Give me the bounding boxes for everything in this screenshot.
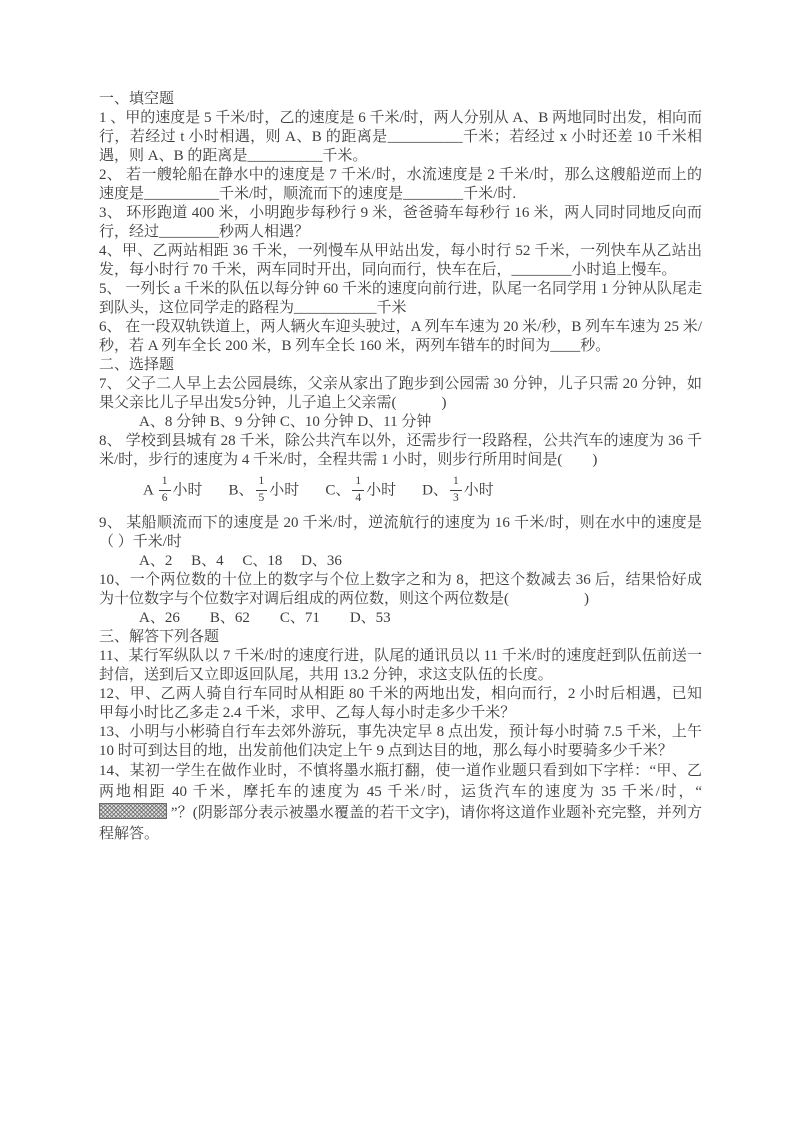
- question-paragraph: 6、 在一段双轨铁道上，两人辆火车迎头驶过，A 列车车速为 20 米/秒，B 列…: [99, 318, 702, 356]
- question-paragraph: 2、 若一艘轮船在静水中的速度是 7 千米/时，水流速度是 2 千米/时，那么这…: [99, 166, 702, 204]
- option: B、15小时: [229, 477, 300, 505]
- option-label: B、: [229, 482, 254, 498]
- options-fraction-line: A 16小时B、15小时C、14小时D、13小时: [99, 477, 702, 505]
- option: D、13小时: [422, 477, 494, 505]
- option: C、14小时: [325, 477, 396, 505]
- fraction: 13: [450, 476, 462, 504]
- options-line: A、8 分钟 B、9 分钟 C、10 分钟 D、11 分钟: [99, 413, 702, 432]
- option-label: C、: [325, 482, 350, 498]
- question-paragraph: 13、小明与小彬骑自行车去郊外游玩，事先决定早 8 点出发，预计每小时骑 7.5…: [99, 723, 702, 761]
- fraction-numerator: 1: [159, 476, 171, 491]
- question-paragraph: 7、 父子二人早上去公园晨练，父亲从家出了跑步到公园需 30 分钟，儿子只需 2…: [99, 375, 702, 413]
- option-suffix: 小时: [269, 482, 299, 498]
- fraction-numerator: 1: [450, 476, 462, 491]
- option-label: D、: [422, 482, 448, 498]
- fraction-denominator: 6: [159, 491, 171, 505]
- fraction-denominator: 3: [450, 491, 462, 505]
- question-paragraph: 5、 一列长 a 千米的队伍以每分钟 60 千米的速度向前行进，队尾一名同学用 …: [99, 280, 702, 318]
- fraction-numerator: 1: [352, 476, 364, 491]
- question-paragraph: 4、甲、乙两站相距 36 千米，一列慢车从甲站出发，每小时行 52 千米，一列快…: [99, 242, 702, 280]
- question-paragraph: 11、某行军纵队以 7 千米/时的速度行进，队尾的通讯员以 11 千米/时的速度…: [99, 647, 702, 685]
- option: A 16小时: [143, 477, 203, 505]
- question-paragraph: 9、 某船顺流而下的速度是 20 千米/时，逆流航行的速度为 16 千米/时，则…: [99, 514, 702, 552]
- inkblot-box: [99, 803, 167, 819]
- section-heading: 三、解答下列各题: [99, 628, 702, 647]
- fraction-denominator: 5: [256, 491, 268, 505]
- document: 一、填空题1 、甲的速度是 5 千米/时，乙的速度是 6 千米/时，两人分别从 …: [99, 90, 702, 845]
- option-suffix: 小时: [173, 482, 203, 498]
- fraction: 14: [352, 476, 364, 504]
- section-heading: 二、选择题: [99, 356, 702, 375]
- fraction: 16: [159, 476, 171, 504]
- section-heading: 一、填空题: [99, 90, 702, 109]
- question-paragraph: 1 、甲的速度是 5 千米/时，乙的速度是 6 千米/时，两人分别从 A、B 两…: [99, 109, 702, 166]
- question-paragraph: 14、某初一学生在做作业时，不慎将墨水瓶打翻，使一道作业题只看到如下字样：“甲、…: [99, 761, 702, 845]
- options-line: A、26 B、62 C、71 D、53: [99, 609, 702, 628]
- options-line: A、2 B、4 C、18 D、36: [99, 552, 702, 571]
- option-label: A: [143, 482, 157, 498]
- option-suffix: 小时: [464, 482, 494, 498]
- option-suffix: 小时: [366, 482, 396, 498]
- fraction-numerator: 1: [256, 476, 268, 491]
- question-paragraph: 8、 学校到县城有 28 千米，除公共汽车以外，还需步行一段路程，公共汽车的速度…: [99, 432, 702, 470]
- question-paragraph: 12、甲、乙两人骑自行车同时从相距 80 千米的两地出发，相向而行，2 小时后相…: [99, 685, 702, 723]
- fraction: 15: [256, 476, 268, 504]
- fraction-denominator: 4: [352, 491, 364, 505]
- question-paragraph: 3、 环形跑道 400 米，小明跑步每秒行 9 米，爸爸骑车每秒行 16 米，两…: [99, 204, 702, 242]
- question-paragraph: 10、一个两位数的十位上的数字与个位上数字之和为 8，把这个数减去 36 后，结…: [99, 571, 702, 609]
- worksheet-page: 一、填空题1 、甲的速度是 5 千米/时，乙的速度是 6 千米/时，两人分别从 …: [0, 0, 800, 1131]
